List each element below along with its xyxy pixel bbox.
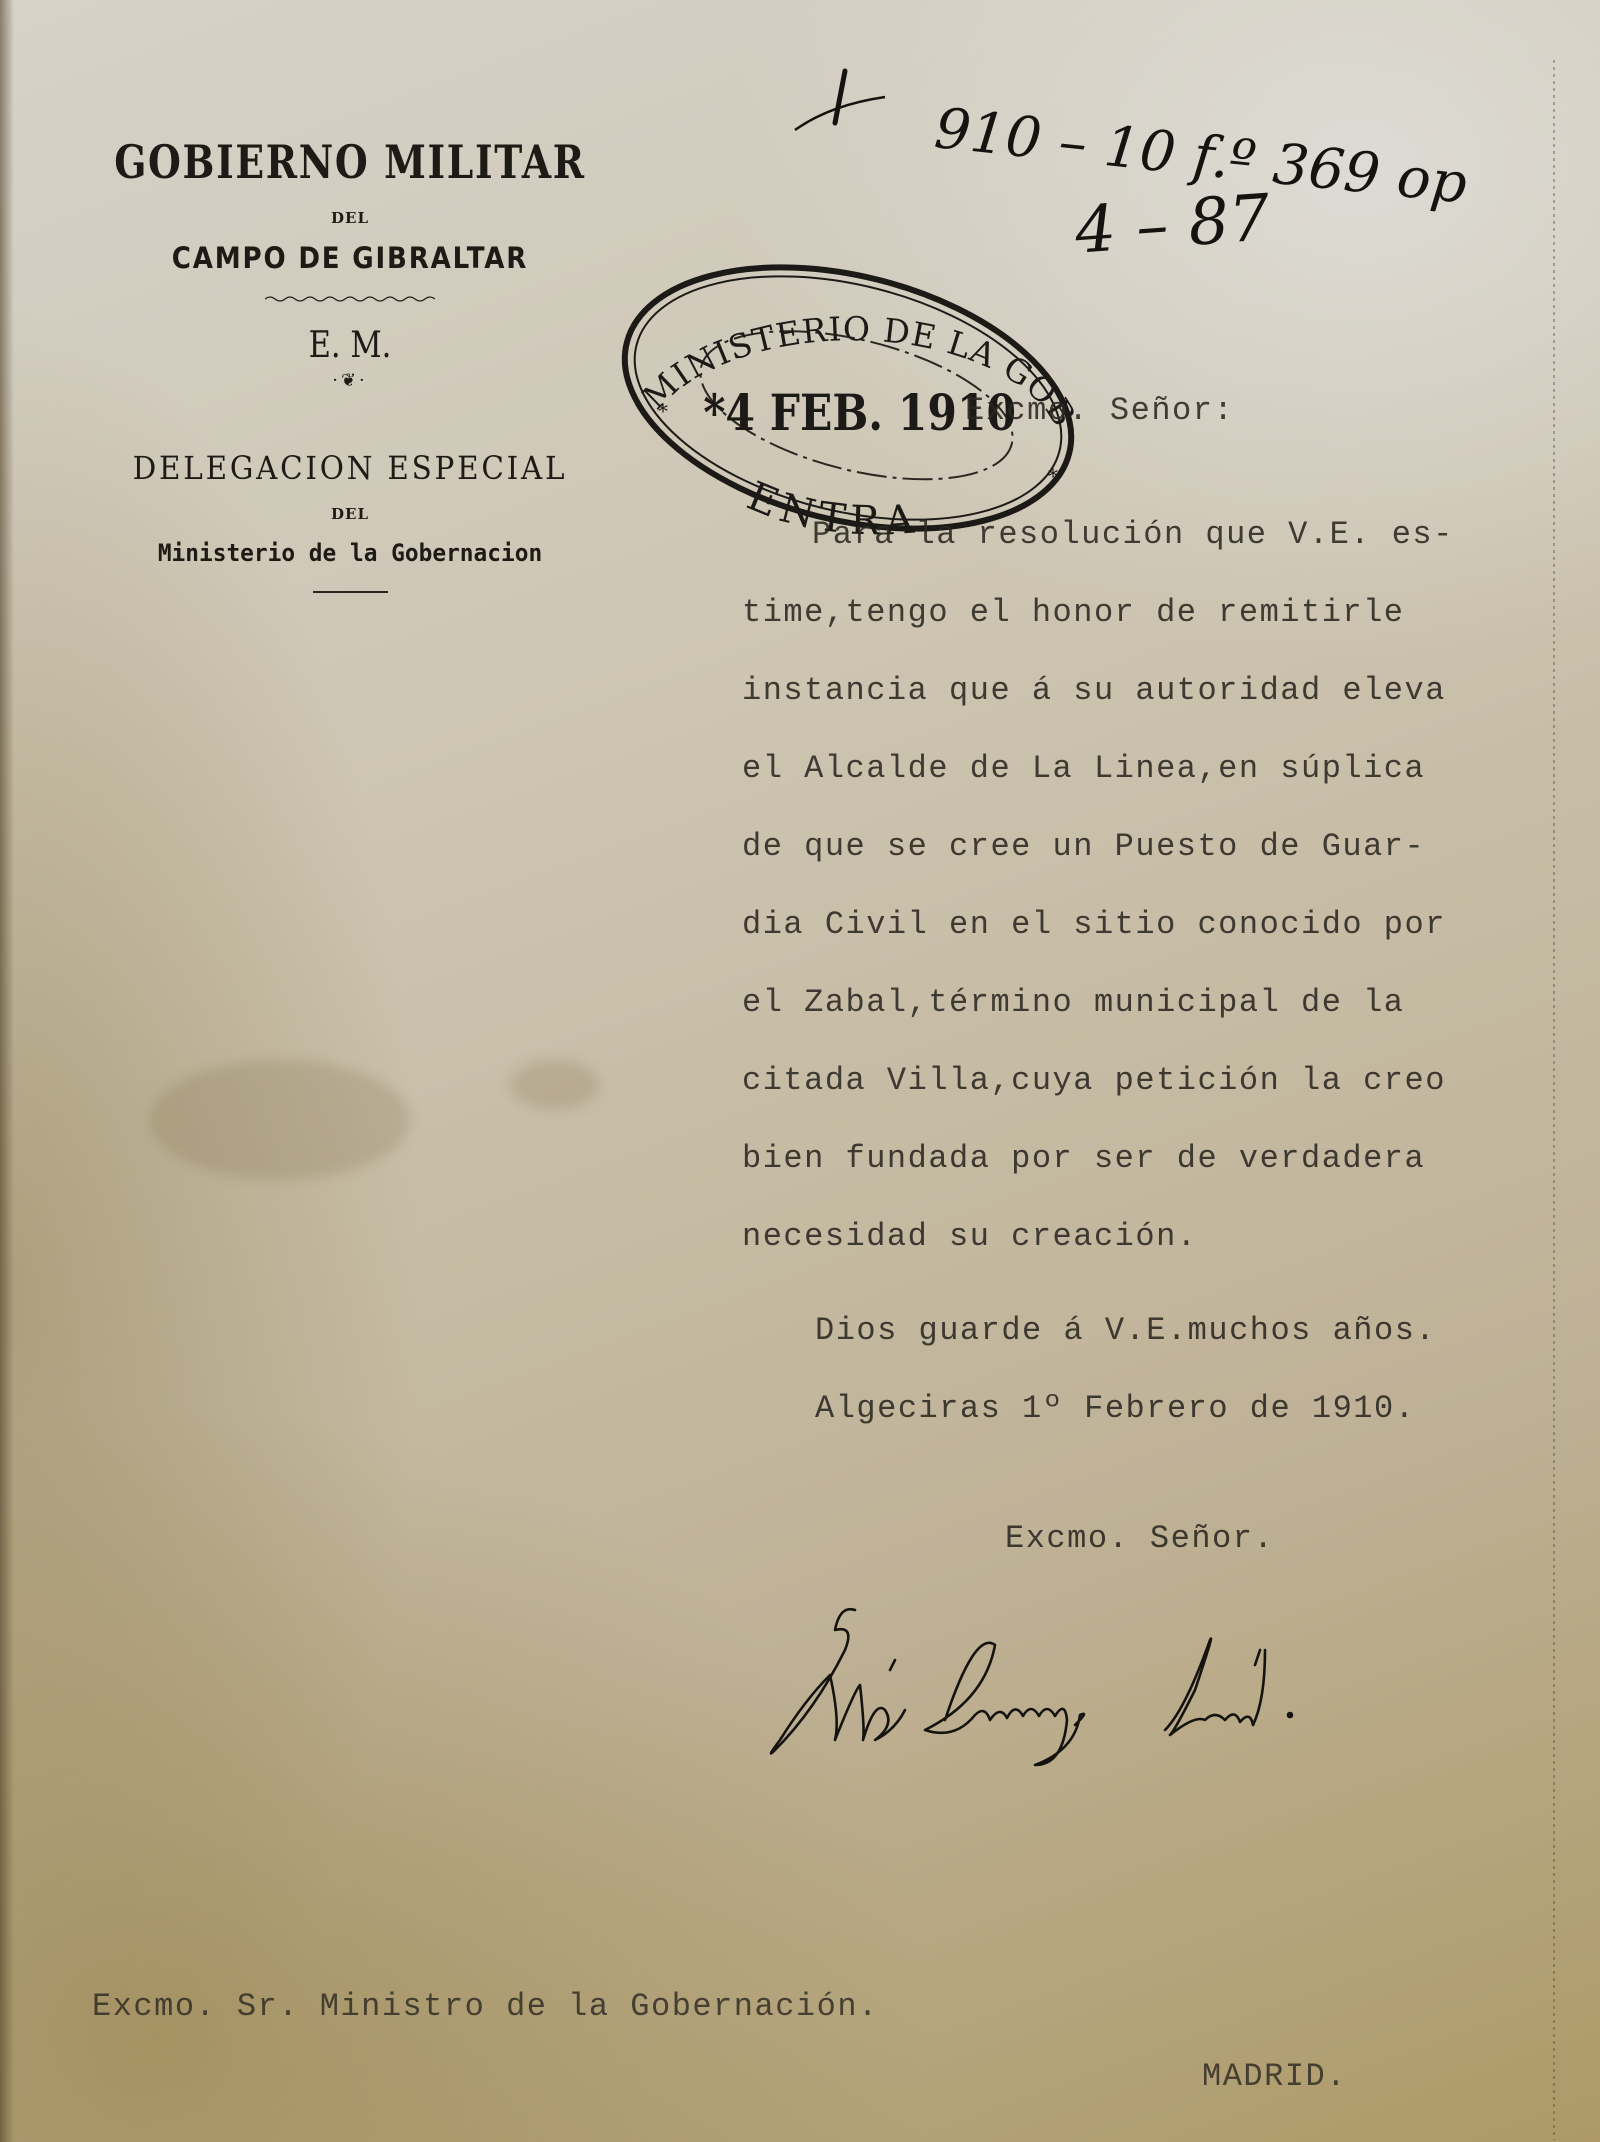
paper-stain <box>150 1060 410 1180</box>
paper-left-edge-shadow <box>0 0 14 2142</box>
body-line: dia Civil en el sitio conocido por <box>742 906 1446 943</box>
salutation: Excmo. Señor: <box>965 392 1234 429</box>
handwritten-mark-icon <box>790 65 900 135</box>
paper-fold-line <box>1553 60 1555 2140</box>
letterhead-ministerio: Ministerio de la Gobernacion <box>56 539 645 567</box>
closing-line: Dios guarde á V.E.muchos años. <box>815 1312 1436 1349</box>
letterhead-delegacion: DELEGACION ESPECIAL <box>65 449 635 487</box>
ornament-icon: ·❦· <box>40 370 660 391</box>
addressee: Excmo. Sr. Ministro de la Gobernación. <box>92 1988 879 2025</box>
letterhead: GOBIERNO MILITAR DEL CAMPO DE GIBRALTAR … <box>40 135 660 593</box>
signature-icon: Julio Domingo Bazán <box>745 1590 1545 1780</box>
body-line: time,tengo el honor de remitirle <box>742 594 1405 631</box>
body-line: instancia que á su autoridad eleva <box>742 672 1446 709</box>
body-line: Para la resolución que V.E. es- <box>812 516 1454 553</box>
wavy-rule-icon <box>265 295 435 303</box>
letterhead-em: E. M. <box>87 325 614 366</box>
letterhead-campo: CAMPO DE GIBRALTAR <box>71 241 629 275</box>
body-line: bien fundada por ser de verdadera <box>742 1140 1425 1177</box>
body-line: el Alcalde de La Linea,en súplica <box>742 750 1425 787</box>
body-line: de que se cree un Puesto de Guar- <box>742 828 1425 865</box>
svg-text:*: * <box>1048 464 1058 488</box>
addressee-city: MADRID. <box>1202 2058 1347 2095</box>
paper-stain <box>510 1060 600 1110</box>
letterhead-rule <box>313 591 388 593</box>
letterhead-del-2: DEL <box>40 505 660 523</box>
letterhead-del: DEL <box>40 209 660 227</box>
closing-line: Algeciras 1º Febrero de 1910. <box>815 1390 1415 1427</box>
closing-salutation: Excmo. Señor. <box>1005 1520 1274 1557</box>
body-line: citada Villa,cuya petición la creo <box>742 1062 1446 1099</box>
body-line: el Zabal,término municipal de la <box>742 984 1405 1021</box>
letterhead-title: GOBIERNO MILITAR <box>96 135 604 189</box>
svg-text:*: * <box>658 399 668 423</box>
handwritten-reference-2: 4 – 87 <box>1073 181 1273 268</box>
body-line: necesidad su creación. <box>742 1218 1197 1255</box>
